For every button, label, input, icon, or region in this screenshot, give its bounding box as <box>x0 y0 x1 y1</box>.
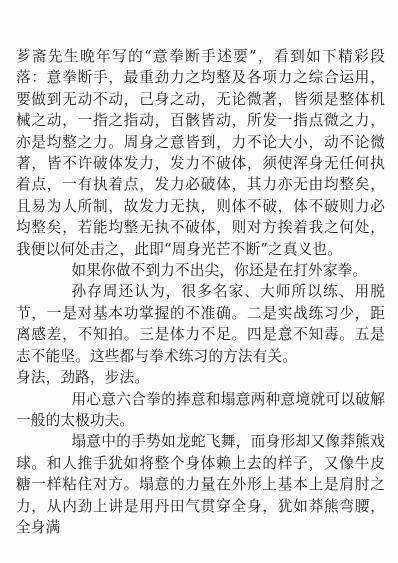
paragraph-xinyi-liuhequan: 用心意六合拳的捧意和塌意两种意境就可以破解一般的太极功夫。 <box>16 389 385 432</box>
paragraph-tayi-description: 塌意中的手势如龙蛇飞舞，而身形却又像莽熊戏球。和人推手犹如将整个身体赖上去的样子… <box>16 431 385 538</box>
paragraph-waijiaquan-remark: 如果你做不到力不出尖，你还是在打外家拳。 <box>16 260 385 281</box>
paragraph-sun-cunzhou-view: 孙存周还认为，很多名家、大师所以练、用脱节，一是对基本功掌握的不准确。二是实战练… <box>16 281 385 367</box>
paragraph-shenfa-jinlu-bufa: 身法，劲路，步法。 <box>16 367 385 388</box>
paragraph-yiquan-duanshou-quote: 芗斋先生晚年写的“意拳断手述要”，看到如下精彩段落：意拳断手，最重劲力之均整及各… <box>16 46 385 260</box>
body-text: 芗斋先生晚年写的“意拳断手述要”，看到如下精彩段落：意拳断手，最重劲力之均整及各… <box>16 46 385 538</box>
scanned-book-page: 芗斋先生晚年写的“意拳断手述要”，看到如下精彩段落：意拳断手，最重劲力之均整及各… <box>0 0 398 563</box>
